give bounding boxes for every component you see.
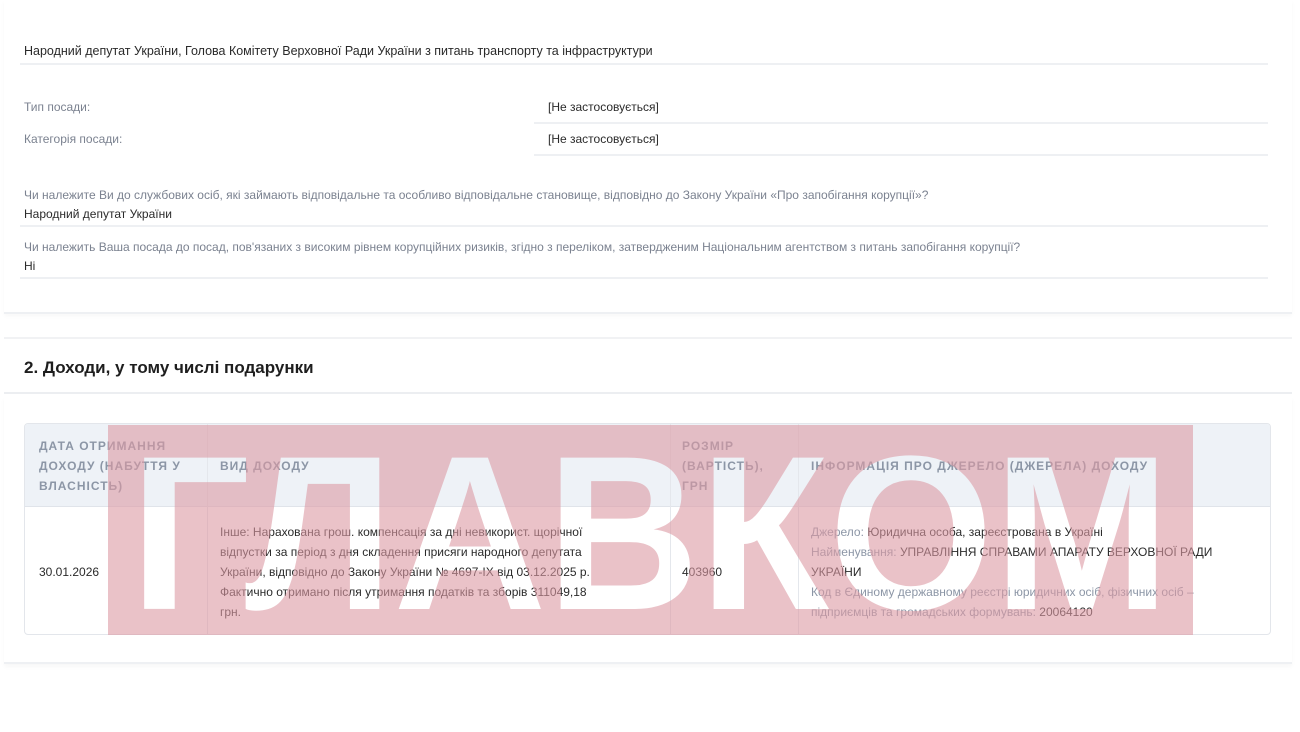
column-divider: [207, 424, 208, 634]
position-title: Народний депутат України, Голова Комітет…: [20, 44, 1268, 65]
divider: [534, 122, 1268, 124]
header-source: Інформація про джерело (джерела) доходу: [811, 424, 1251, 507]
cell-date: 30.01.2026: [39, 508, 199, 635]
field-label: Тип посади:: [24, 100, 90, 114]
divider: [534, 154, 1268, 156]
declaration-page: Народний депутат України, Голова Комітет…: [0, 0, 1300, 732]
header-date: Дата отримання доходу (набуття у власніс…: [39, 424, 209, 507]
header-income-type: Вид доходу: [220, 424, 660, 507]
source-code-value: 20064120: [1039, 605, 1092, 619]
section-title: 2. Доходи, у тому числі подарунки: [24, 358, 314, 378]
header-amount: Розмір (вартість), грн: [682, 424, 792, 507]
source-info: Джерело: Юридична особа, зареєстрована в…: [811, 522, 1231, 622]
income-table: Дата отримання доходу (набуття у власніс…: [24, 423, 1271, 635]
question-corruption-risk: Чи належить Ваша посада до посад, пов'яз…: [20, 239, 1268, 279]
field-position-category: Категорія посади: [Не застосовується]: [20, 128, 1268, 156]
field-value: [Не застосовується]: [548, 100, 659, 114]
source-code-line: Код в Єдиному державному реєстрі юридичн…: [811, 582, 1231, 622]
column-divider: [670, 424, 671, 634]
source-name-label: Найменування:: [811, 545, 897, 559]
source-type-label: Джерело:: [811, 525, 864, 539]
cell-amount: 403960: [682, 508, 792, 635]
field-value: [Не застосовується]: [548, 132, 659, 146]
answer-text: Ні: [20, 259, 1268, 277]
source-code-label: Код в Єдиному державному реєстрі юридичн…: [811, 585, 1194, 619]
table-header: Дата отримання доходу (набуття у власніс…: [25, 424, 1270, 507]
field-position-type: Тип посади: [Не застосовується]: [20, 96, 1268, 124]
question-text: Чи належите Ви до службових осіб, які за…: [20, 187, 1268, 207]
source-type-line: Джерело: Юридична особа, зареєстрована в…: [811, 522, 1231, 542]
income-section-header: 2. Доходи, у тому числі подарунки: [4, 337, 1292, 394]
field-label: Категорія посади:: [24, 132, 122, 146]
source-name-line: Найменування: УПРАВЛІННЯ СПРАВАМИ АПАРАТ…: [811, 542, 1231, 582]
cell-source: Джерело: Юридична особа, зареєстрована в…: [811, 508, 1231, 635]
column-divider: [798, 424, 799, 634]
answer-text: Народний депутат України: [20, 207, 1268, 225]
question-text: Чи належить Ваша посада до посад, пов'яз…: [20, 239, 1268, 259]
cell-income-type: Інше: Нарахована грош. компенсація за дн…: [220, 508, 610, 635]
source-type-value: Юридична особа, зареєстрована в Україні: [867, 525, 1103, 539]
question-responsible-position: Чи належите Ви до службових осіб, які за…: [20, 187, 1268, 227]
